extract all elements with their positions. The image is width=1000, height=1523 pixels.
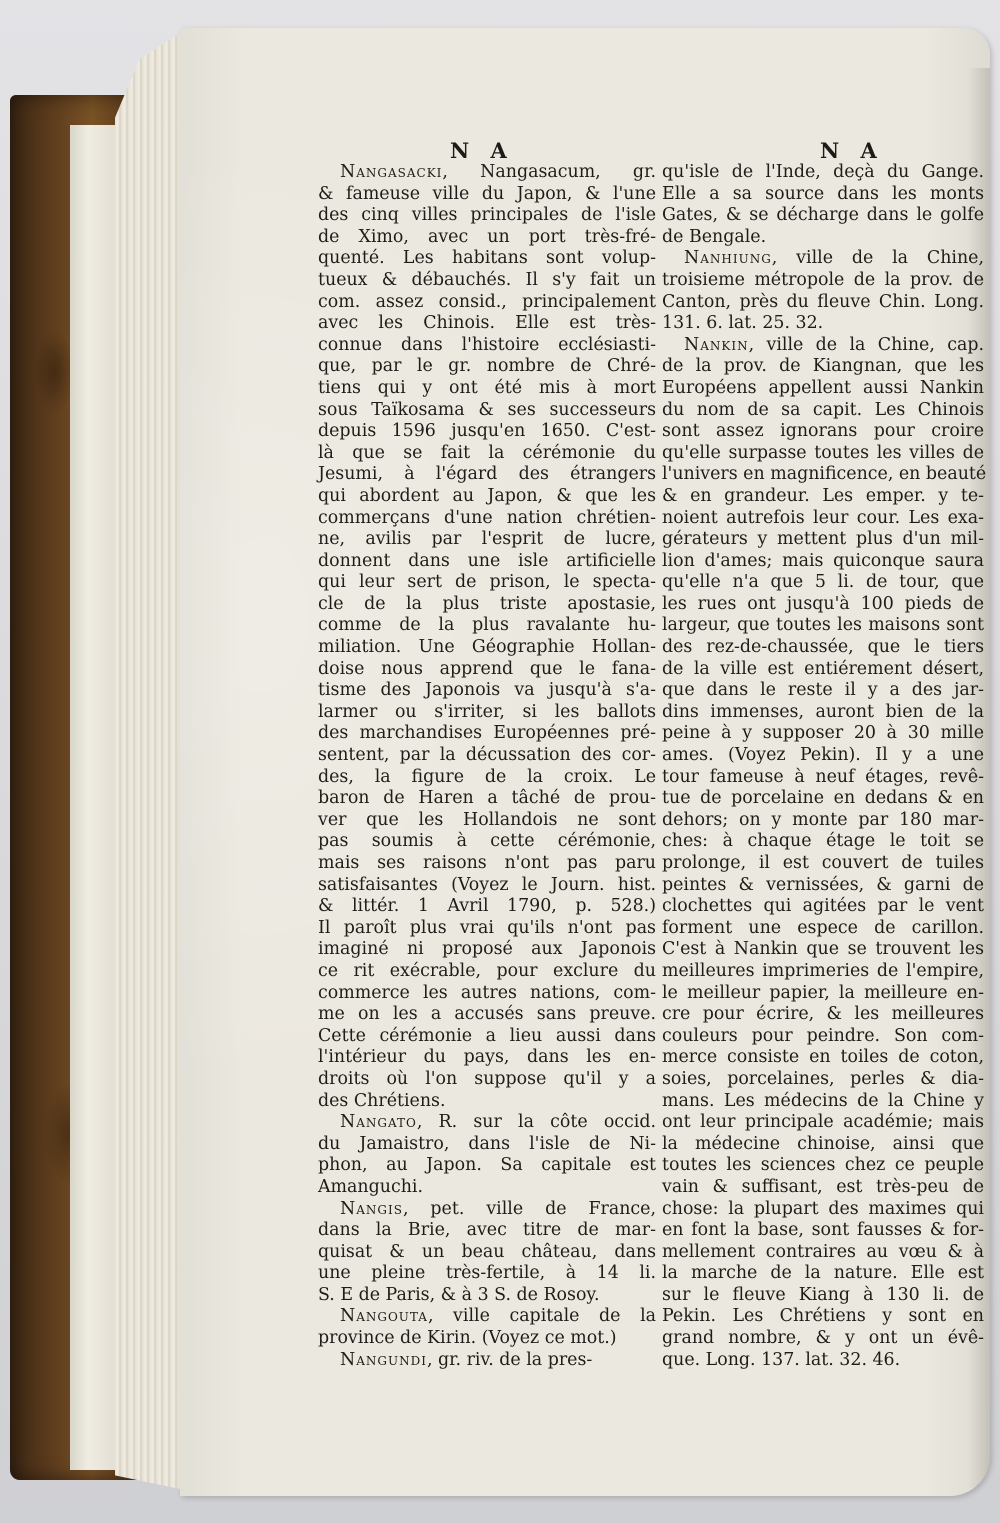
entry-line: droits où l'on suppose qu'il y a — [318, 1069, 656, 1091]
entry-line: satisfaisantes (Voyez le Journ. hist. — [318, 875, 656, 897]
running-head-left: N A — [450, 138, 514, 163]
entry-line: & fameuse ville du Japon, & l'une — [318, 184, 656, 206]
entry-line: ont leur principale académie; mais — [662, 1112, 984, 1134]
entry-line: vain & suffisant, est très-peu de — [662, 1177, 984, 1199]
dictionary-entry: Nankin, ville de la Chine, cap.de la pro… — [662, 335, 984, 1372]
entry-line: ce rit exécrable, pour exclure du — [318, 961, 656, 983]
entry-line: largeur, que toutes les maisons sont — [662, 615, 984, 637]
entry-line: & en grandeur. Les emper. y te- — [662, 486, 984, 508]
entry-line: commerce les autres nations, com- — [318, 983, 656, 1005]
entry-line: couleurs pour peindre. Son com- — [662, 1026, 984, 1048]
entry-line: Jesumi, à l'égard des étrangers — [318, 464, 656, 486]
entry-line: meilleures imprimeries de l'empire, — [662, 961, 984, 983]
dictionary-entry: Nangis, pet. ville de France,dans la Bri… — [318, 1199, 656, 1307]
entry-text: , pet. ville de France, — [403, 1199, 656, 1219]
entry-line: le meilleur papier, la meilleure en- — [662, 983, 984, 1005]
book-page: 120 N A N A Nangasacki, Nangasacum, gr.&… — [180, 28, 990, 1496]
entry-line: que. Long. 137. lat. 32. 46. — [662, 1350, 984, 1372]
entry-line: chose: la plupart des maximes qui — [662, 1199, 984, 1221]
entry-line: peintes & vernissées, & garni de — [662, 875, 984, 897]
left-column: Nangasacki, Nangasacum, gr.& fameuse vil… — [318, 162, 656, 1371]
page-stack-edges — [115, 30, 185, 1490]
entry-line: merce consiste en toiles de coton, — [662, 1047, 984, 1069]
entry-line: 131. 6. lat. 25. 32. — [662, 313, 984, 335]
entry-first-line: Nangato, R. sur la côte occid. — [318, 1112, 656, 1134]
entry-line: de Ximo, avec un port très-fré- — [318, 227, 656, 249]
entry-text: , ville de la Chine, cap. — [749, 335, 984, 355]
entry-line: tue de porcelaine en dedans & en — [662, 788, 984, 810]
entry-line: ver que les Hollandois ne sont — [318, 810, 656, 832]
entry-line: l'intérieur du pays, dans les en- — [318, 1047, 656, 1069]
entry-line: province de Kirin. (Voyez ce mot.) — [318, 1328, 656, 1350]
entry-line: Pekin. Les Chrétiens y sont en — [662, 1306, 984, 1328]
entry-line: com. assez consid., principalement — [318, 292, 656, 314]
entry-line: Gates, & se décharge dans le golfe — [662, 205, 984, 227]
right-column: qu'isle de l'Inde, deçà du Gange.Elle a … — [662, 162, 984, 1371]
entry-line: imaginé ni proposé aux Japonois — [318, 939, 656, 961]
dictionary-entry: Nangato, R. sur la côte occid.du Jamaist… — [318, 1112, 656, 1198]
entry-line: l'univers en magnificence, en beauté — [662, 464, 984, 486]
entry-line: de la prov. de Kiangnan, que les — [662, 356, 984, 378]
dictionary-entry: Nanhiung, ville de la Chine,troisieme mé… — [662, 248, 984, 334]
entry-line: Amanguchi. — [318, 1177, 656, 1199]
entry-line: qu'elle surpasse toutes les villes de — [662, 443, 984, 465]
entry-line: connue dans l'histoire ecclésiasti- — [318, 335, 656, 357]
entry-line: larmer ou s'irriter, si les ballots — [318, 702, 656, 724]
entry-line: ne, avilis par l'esprit de lucre, — [318, 529, 656, 551]
entry-line: là que se fait la cérémonie du — [318, 443, 656, 465]
entry-line: cre pour écrire, & les meilleures — [662, 1004, 984, 1026]
entry-line: mais ses raisons n'ont pas paru — [318, 853, 656, 875]
entry-line: tiens qui y ont été mis à mort — [318, 378, 656, 400]
entry-line: que, par le gr. nombre de Chré- — [318, 356, 656, 378]
entry-line: sentent, par la décussation des cor- — [318, 745, 656, 767]
entry-line: dehors; on y monte par 180 mar- — [662, 810, 984, 832]
entry-line: toutes les sciences chez ce peuple — [662, 1155, 984, 1177]
entry-first-line: Nangis, pet. ville de France, — [318, 1199, 656, 1221]
entry-line: des Chrétiens. — [318, 1091, 656, 1113]
entry-line: sont assez ignorans pour croire — [662, 421, 984, 443]
entry-first-line: Nangasacki, Nangasacum, gr. — [318, 162, 656, 184]
entry-line: ames. (Voyez Pekin). Il y a une — [662, 745, 984, 767]
entry-line: mellement contraires au vœu & à — [662, 1242, 984, 1264]
entry-line: commerçans d'une nation chrétien- — [318, 508, 656, 530]
entry-line: sur le fleuve Kiang à 130 li. de — [662, 1285, 984, 1307]
entry-line: baron de Haren a tâché de prou- — [318, 788, 656, 810]
running-head: 120 N A N A — [180, 138, 990, 162]
entry-line: qui leur sert de prison, le specta- — [318, 572, 656, 594]
entry-line: des marchandises Européennes pré- — [318, 723, 656, 745]
running-head-right: N A — [820, 138, 884, 163]
entry-line: forment une espece de carillon. — [662, 918, 984, 940]
entry-line: du Jamaistro, dans l'isle de Ni- — [318, 1134, 656, 1156]
entry-line: & littér. 1 Avril 1790, p. 528.) — [318, 896, 656, 918]
entry-line: peine à y supposer 20 à 30 mille — [662, 723, 984, 745]
entry-line: des cinq villes principales de l'isle — [318, 205, 656, 227]
entry-line: phon, au Japon. Sa capitale est — [318, 1155, 656, 1177]
entry-headword: Nangis — [340, 1199, 403, 1219]
entry-line: Canton, près du fleuve Chin. Long. — [662, 292, 984, 314]
entry-first-line: Nangouta, ville capitale de la — [318, 1306, 656, 1328]
entry-line: qui abordent au Japon, & que les — [318, 486, 656, 508]
entry-text: , R. sur la côte occid. — [417, 1112, 656, 1132]
entry-line: tour fameuse à neuf étages, revê- — [662, 767, 984, 789]
entry-line: depuis 1596 jusqu'en 1650. C'est- — [318, 421, 656, 443]
entry-line: donnent dans une isle artificielle — [318, 551, 656, 573]
entry-line: tueux & débauchés. Il s'y fait un — [318, 270, 656, 292]
entry-text: , ville de la Chine, — [772, 248, 984, 268]
entry-headword: Nanhiung — [684, 248, 772, 268]
entry-line: une pleine très-fertile, à 14 li. — [318, 1263, 656, 1285]
entry-line: des rez-de-chaussée, que le tiers — [662, 637, 984, 659]
entry-line: gérateurs y mettent plus d'un mil- — [662, 529, 984, 551]
entry-line: doise nous apprend que le fana- — [318, 659, 656, 681]
dictionary-entry: Nangundi, gr. riv. de la pres- — [318, 1350, 656, 1372]
entry-line: ches: à chaque étage le toit se — [662, 831, 984, 853]
entry-line: qu'isle de l'Inde, deçà du Gange. — [662, 162, 984, 184]
entry-line: prolonge, il est couvert de tuiles — [662, 853, 984, 875]
entry-line: du nom de sa capit. Les Chinois — [662, 400, 984, 422]
entry-line: clochettes qui agitées par le vent — [662, 896, 984, 918]
entry-line: que dans le reste il y a des jar- — [662, 680, 984, 702]
entry-line: Cette cérémonie a lieu aussi dans — [318, 1026, 656, 1048]
entry-line: les rues ont jusqu'à 100 pieds de — [662, 594, 984, 616]
entry-line: Européens appellent aussi Nankin — [662, 378, 984, 400]
entry-line: C'est à Nankin que se trouvent les — [662, 939, 984, 961]
entry-line: miliation. Une Géographie Hollan- — [318, 637, 656, 659]
entry-headword: Nangato — [340, 1112, 417, 1132]
entry-line: noient autrefois leur cour. Les exa- — [662, 508, 984, 530]
entry-line: S. E de Paris, & à 3 S. de Rosoy. — [318, 1285, 656, 1307]
entry-line: quisat & un beau château, dans — [318, 1242, 656, 1264]
entry-first-line: Nanhiung, ville de la Chine, — [662, 248, 984, 270]
entry-line: quenté. Les habitans sont volup- — [318, 248, 656, 270]
entry-line: Il paroît plus vrai qu'ils n'ont pas — [318, 918, 656, 940]
entry-line: de la ville est entiérement désert, — [662, 659, 984, 681]
entry-line: dins immenses, auront bien de la — [662, 702, 984, 724]
entry-line: cle de la plus triste apostasie, — [318, 594, 656, 616]
dictionary-entry: Nangouta, ville capitale de laprovince d… — [318, 1306, 656, 1349]
entry-line: de Bengale. — [662, 227, 984, 249]
entry-line: dans la Brie, avec titre de mar- — [318, 1220, 656, 1242]
entry-line: soies, porcelaines, perles & dia- — [662, 1069, 984, 1091]
entry-first-line: Nankin, ville de la Chine, cap. — [662, 335, 984, 357]
entry-line: avec les Chinois. Elle est très- — [318, 313, 656, 335]
endpaper-edge — [70, 125, 115, 1470]
entry-line: la médecine chinoise, ainsi que — [662, 1134, 984, 1156]
entry-line: pas soumis à cette cérémonie, — [318, 831, 656, 853]
entry-text: , gr. riv. de la pres- — [427, 1350, 592, 1370]
dictionary-entry: Nangasacki, Nangasacum, gr.& fameuse vil… — [318, 162, 656, 1112]
entry-line: en font la base, sont fausses & for- — [662, 1220, 984, 1242]
entry-first-line: Nangundi, gr. riv. de la pres- — [318, 1350, 656, 1372]
entry-line: comme de la plus ravalante hu- — [318, 615, 656, 637]
entry-line: Elle a sa source dans les monts — [662, 184, 984, 206]
entry-line: mans. Les médecins de la Chine y — [662, 1091, 984, 1113]
entry-line: sous Taïkosama & ses successeurs — [318, 400, 656, 422]
entry-line: des, la figure de la croix. Le — [318, 767, 656, 789]
entry-line: me on les a accusés sans preuve. — [318, 1004, 656, 1026]
entry-line: grand nombre, & y ont un évê- — [662, 1328, 984, 1350]
entry-headword: Nangundi — [340, 1350, 427, 1370]
entry-text: , Nangasacum, gr. — [442, 162, 656, 182]
continued-entry: qu'isle de l'Inde, deçà du Gange.Elle a … — [662, 162, 984, 248]
entry-line: lion d'ames; mais quiconque saura — [662, 551, 984, 573]
entry-headword: Nangasacki — [340, 162, 442, 182]
entry-line: qu'elle n'a que 5 li. de tour, que — [662, 572, 984, 594]
entry-line: tisme des Japonois va jusqu'à s'a- — [318, 680, 656, 702]
entry-text: , ville capitale de la — [428, 1306, 656, 1326]
entry-headword: Nankin — [684, 335, 749, 355]
entry-line: la marche de la nature. Elle est — [662, 1263, 984, 1285]
entry-headword: Nangouta — [340, 1306, 428, 1326]
entry-line: troisieme métropole de la prov. de — [662, 270, 984, 292]
